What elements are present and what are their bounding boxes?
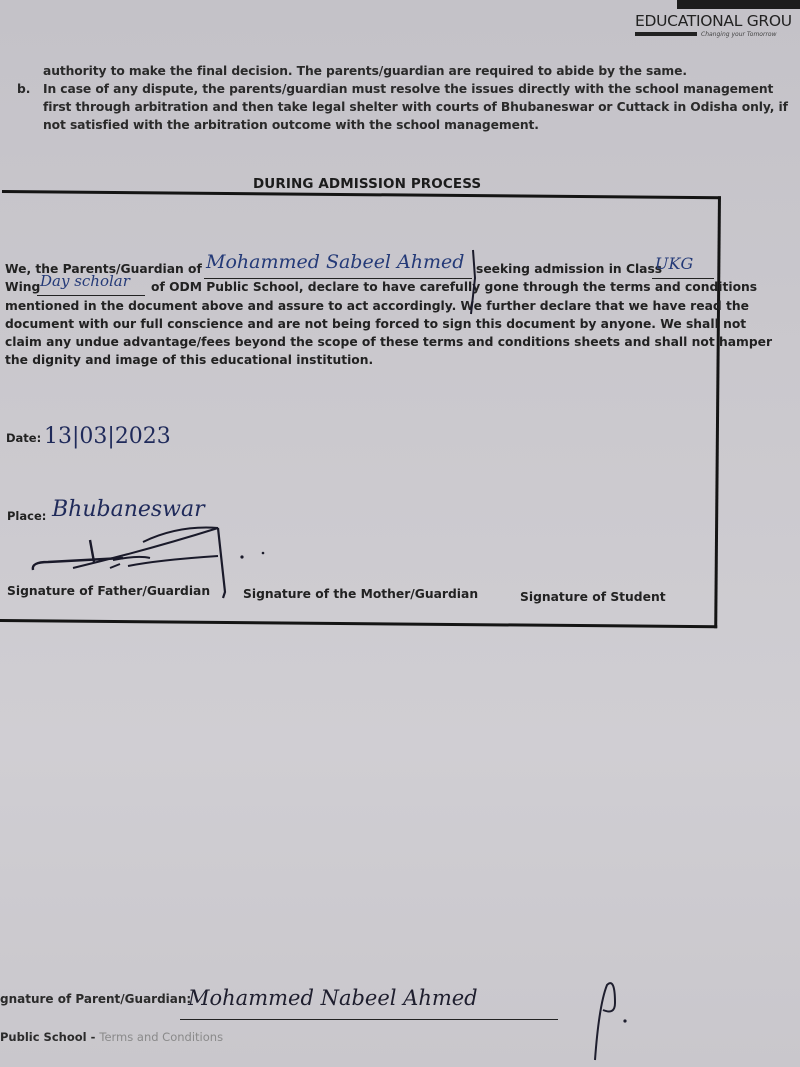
logo-tagline: Changing your Tomorrow [701, 31, 777, 38]
wing-value: Day scholar [40, 272, 130, 290]
item-b-label: b. [17, 82, 30, 96]
logo-text: EDUCATIONAL GROU [635, 12, 792, 30]
parent-signature-label: gnature of Parent/Guardian: [0, 992, 191, 1006]
pen-stroke [465, 248, 485, 318]
class-value: UKG [655, 254, 693, 273]
father-signature-label: Signature of Father/Guardian [7, 584, 210, 598]
footer-doc-title: Terms and Conditions [99, 1030, 223, 1044]
student-name-value: Mohammed Sabeel Ahmed [206, 251, 464, 273]
declaration-line2-suffix: of ODM Public School, declare to have ca… [151, 280, 757, 294]
school-logo: EDUCATIONAL GROU Changing your Tomorrow [615, 0, 800, 46]
student-signature-label: Signature of Student [520, 590, 666, 604]
parent-signature-value: Mohammed Nabeel Ahmed [188, 986, 478, 1010]
declaration-line-6: the dignity and image of this educationa… [5, 353, 373, 367]
declaration-line1-suffix: seeking admission in Class [476, 262, 662, 276]
signature-flourish [585, 975, 635, 1065]
mother-signature-label: Signature of the Mother/Guardian [243, 587, 478, 601]
item-b-line-2: first through arbitration and then take … [43, 100, 788, 114]
declaration-line-5: claim any undue advantage/fees beyond th… [5, 335, 772, 349]
footer-school: Public School - [0, 1030, 99, 1044]
item-b-line-1: In case of any dispute, the parents/guar… [43, 82, 773, 96]
logo-swoosh [677, 0, 800, 9]
declaration-line2-prefix: Wing [5, 280, 40, 294]
date-label: Date: [6, 431, 41, 445]
place-value[interactable]: Bhubaneswar [52, 497, 205, 522]
item-a-continuation: authority to make the final decision. Th… [43, 64, 687, 78]
date-value[interactable]: 13|03|2023 [44, 424, 171, 449]
logo-underline [635, 32, 697, 36]
declaration-line-3: mentioned in the document above and assu… [5, 299, 749, 313]
item-b-line-3: not satisfied with the arbitration outco… [43, 118, 539, 132]
section-title: DURING ADMISSION PROCESS [253, 176, 481, 192]
page-footer: Public School - Terms and Conditions [0, 1030, 223, 1044]
declaration-line-4: document with our full conscience and ar… [5, 317, 746, 331]
